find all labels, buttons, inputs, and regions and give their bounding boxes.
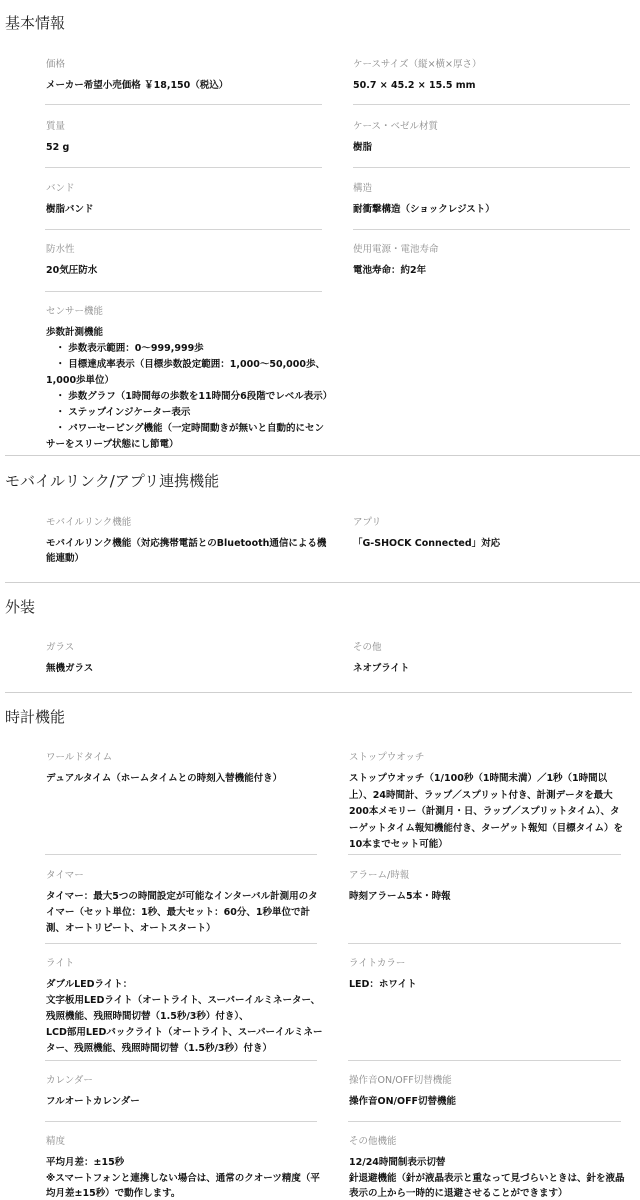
spec-item-sensor: センサー機能 歩数計測機能 ・ 歩数表示範囲：0～999,999歩 ・ 目標達成… xyxy=(46,305,336,318)
spec-label: ストップウオッチ xyxy=(349,751,629,764)
spec-item-light: ライト ダブルLEDライト： 文字板用LEDライト（オートライト、スーパーイルミ… xyxy=(46,957,326,970)
item-divider xyxy=(45,854,317,855)
section-title-exterior: 外装 xyxy=(5,596,35,617)
spec-value: 時刻アラーム5本・時報 xyxy=(349,889,629,906)
spec-label: その他機能 xyxy=(349,1135,629,1148)
spec-value: ストップウオッチ（1/100秒（1時間未満）／1秒（1時間以 上）、24時間計、… xyxy=(349,771,629,854)
spec-item-alarm: アラーム/時報 時刻アラーム5本・時報 xyxy=(349,869,629,882)
item-divider xyxy=(45,1121,317,1122)
spec-label: その他 xyxy=(353,641,633,654)
section-divider xyxy=(5,692,632,693)
spec-item-glass: ガラス 無機ガラス xyxy=(46,641,326,654)
spec-item-accuracy: 精度 平均月差：±15秒 ※スマートフォンと連携しない場合は、通常のクオーツ精度… xyxy=(46,1135,326,1148)
spec-label: 質量 xyxy=(46,120,326,133)
spec-label: アプリ xyxy=(353,516,633,529)
spec-item-stopwatch: ストップウオッチ ストップウオッチ（1/100秒（1時間未満）／1秒（1時間以 … xyxy=(349,751,629,764)
spec-item-sound-toggle: 操作音ON/OFF切替機能 操作音ON/OFF切替機能 xyxy=(349,1074,629,1087)
item-divider xyxy=(353,167,630,168)
spec-label: バンド xyxy=(46,182,326,195)
spec-value: 52 g xyxy=(46,140,326,157)
spec-item-case-material: ケース・ベゼル材質 樹脂 xyxy=(353,120,633,133)
spec-value: 電池寿命：約2年 xyxy=(353,263,633,280)
spec-label: 構造 xyxy=(353,182,633,195)
spec-item-app: アプリ 「G-SHOCK Connected」対応 xyxy=(353,516,633,529)
spec-value: フルオートカレンダー xyxy=(46,1094,326,1111)
section-title-mobile-link: モバイルリンク/アプリ連携機能 xyxy=(5,470,219,491)
spec-item-mobile-link: モバイルリンク機能 モバイルリンク機能（対応携帯電話とのBluetooth通信に… xyxy=(46,516,336,529)
item-divider xyxy=(348,943,621,944)
spec-label: モバイルリンク機能 xyxy=(46,516,336,529)
section-divider xyxy=(5,582,640,583)
spec-label: ケースサイズ（縦×横×厚さ） xyxy=(353,58,633,71)
spec-label: ワールドタイム xyxy=(46,751,326,764)
section-title-basic-info: 基本情報 xyxy=(5,12,65,33)
item-divider xyxy=(353,229,630,230)
spec-value: 樹脂バンド xyxy=(46,202,326,219)
item-divider xyxy=(348,1121,621,1122)
spec-label: 価格 xyxy=(46,58,326,71)
spec-item-band: バンド 樹脂バンド xyxy=(46,182,326,195)
spec-item-price: 価格 メーカー希望小売価格 ￥18,150（税込） xyxy=(46,58,326,71)
spec-label: 防水性 xyxy=(46,243,326,256)
spec-value: LED：ホワイト xyxy=(349,977,629,994)
spec-value: 20気圧防水 xyxy=(46,263,326,280)
spec-value: 「G-SHOCK Connected」対応 xyxy=(353,536,633,553)
item-divider xyxy=(45,104,322,105)
spec-item-calendar: カレンダー フルオートカレンダー xyxy=(46,1074,326,1087)
spec-item-power-battery: 使用電源・電池寿命 電池寿命：約2年 xyxy=(353,243,633,256)
spec-value: タイマー：最大5つの時間設定が可能なインターバル計測用のタ イマー（セット単位：… xyxy=(46,889,326,937)
item-divider xyxy=(45,229,322,230)
spec-label: ライト xyxy=(46,957,326,970)
spec-label: ケース・ベゼル材質 xyxy=(353,120,633,133)
section-divider xyxy=(5,455,640,456)
spec-item-other-functions: その他機能 12/24時間制表示切替 針退避機能（針が液晶表示と重なって見づらい… xyxy=(349,1135,629,1148)
spec-item-world-time: ワールドタイム デュアルタイム（ホームタイムとの時刻入替機能付き） xyxy=(46,751,326,764)
spec-value: 無機ガラス xyxy=(46,661,326,678)
spec-label: センサー機能 xyxy=(46,305,336,318)
spec-item-water-resistance: 防水性 20気圧防水 xyxy=(46,243,326,256)
spec-label: アラーム/時報 xyxy=(349,869,629,882)
item-divider xyxy=(45,291,322,292)
spec-item-weight: 質量 52 g xyxy=(46,120,326,133)
spec-label: カレンダー xyxy=(46,1074,326,1087)
item-divider xyxy=(45,1060,317,1061)
spec-item-case-size: ケースサイズ（縦×横×厚さ） 50.7 × 45.2 × 15.5 mm xyxy=(353,58,633,71)
spec-value: メーカー希望小売価格 ￥18,150（税込） xyxy=(46,78,336,95)
spec-value: デュアルタイム（ホームタイムとの時刻入替機能付き） xyxy=(46,771,326,788)
spec-value: 耐衝撃構造（ショックレジスト） xyxy=(353,202,633,219)
spec-value: 操作音ON/OFF切替機能 xyxy=(349,1094,629,1111)
section-title-watch-functions: 時計機能 xyxy=(5,706,65,727)
spec-item-timer: タイマー タイマー：最大5つの時間設定が可能なインターバル計測用のタ イマー（セ… xyxy=(46,869,326,882)
spec-value: ダブルLEDライト： 文字板用LEDライト（オートライト、スーパーイルミネーター… xyxy=(46,977,326,1057)
spec-value: モバイルリンク機能（対応携帯電話とのBluetooth通信による機 能連動） xyxy=(46,536,336,566)
spec-item-other-exterior: その他 ネオブライト xyxy=(353,641,633,654)
spec-label: 操作音ON/OFF切替機能 xyxy=(349,1074,629,1087)
spec-label: ガラス xyxy=(46,641,326,654)
spec-label: 使用電源・電池寿命 xyxy=(353,243,633,256)
spec-page: 基本情報 価格 メーカー希望小売価格 ￥18,150（税込） ケースサイズ（縦×… xyxy=(0,0,640,1200)
spec-value: ネオブライト xyxy=(353,661,633,678)
spec-value: 歩数計測機能 ・ 歩数表示範囲：0～999,999歩 ・ 目標達成率表示（目標歩… xyxy=(46,325,336,453)
item-divider xyxy=(348,1060,621,1061)
spec-value: 12/24時間制表示切替 針退避機能（針が液晶表示と重なって見づらいときは、針を… xyxy=(349,1155,629,1200)
item-divider xyxy=(45,167,322,168)
item-divider xyxy=(45,943,317,944)
spec-label: タイマー xyxy=(46,869,326,882)
spec-label: 精度 xyxy=(46,1135,326,1148)
spec-value: 平均月差：±15秒 ※スマートフォンと連携しない場合は、通常のクオーツ精度（平 … xyxy=(46,1155,326,1200)
spec-item-light-color: ライトカラー LED：ホワイト xyxy=(349,957,629,970)
spec-item-structure: 構造 耐衝撃構造（ショックレジスト） xyxy=(353,182,633,195)
item-divider xyxy=(348,854,621,855)
item-divider xyxy=(353,104,630,105)
spec-value: 50.7 × 45.2 × 15.5 mm xyxy=(353,78,633,95)
spec-value: 樹脂 xyxy=(353,140,633,157)
spec-label: ライトカラー xyxy=(349,957,629,970)
